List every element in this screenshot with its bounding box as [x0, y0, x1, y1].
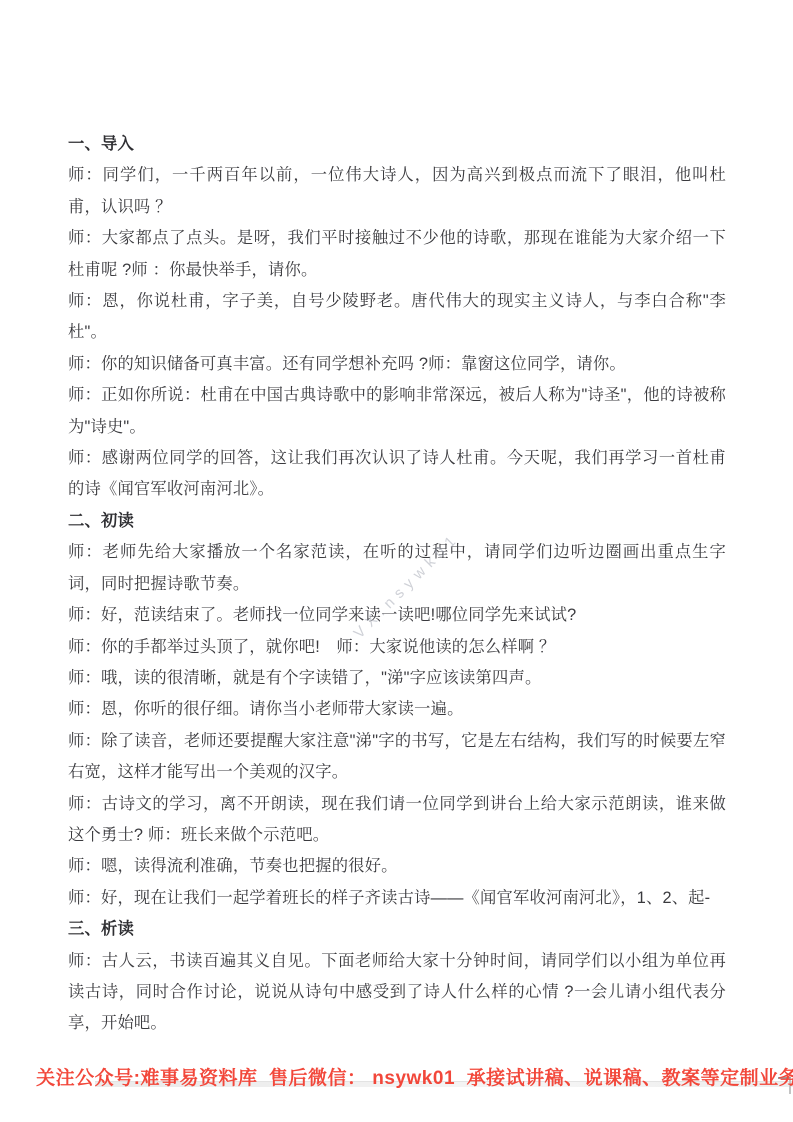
script-paragraph: 师：你的手都举过头顶了，就你吧! 师：大家说他读的怎么样啊 ？ — [68, 632, 726, 663]
promo-footer: 关注公众号:难事易资料库 售后微信： nsywk01 承接试讲稿、说课稿、教案等… — [13, 1043, 793, 1115]
script-paragraph: 师：好，现在让我们一起学着班长的样子齐读古诗——《闻官军收河南河北》，1、2、起… — [68, 883, 726, 914]
script-paragraph: 师：正如你所说：杜甫在中国古典诗歌中的影响非常深远，被后人称为"诗圣"，他的诗被… — [68, 380, 726, 443]
section-heading: 二、初读 — [68, 506, 726, 537]
script-paragraph: 师：大家都点了点头。是呀，我们平时接触过不少他的诗歌，那现在谁能为大家介绍一下杜… — [68, 223, 726, 286]
script-paragraph: 师：除了读音，老师还要提醒大家注意"涕"字的书写，它是左右结构，我们写的时候要左… — [68, 726, 726, 789]
script-paragraph: 师：感谢两位同学的回答，这让我们再次认识了诗人杜甫。今天呢，我们再学习一首杜甫的… — [68, 443, 726, 506]
script-paragraph: 师：你的知识储备可真丰富。还有同学想补充吗 ?师：靠窗这位同学，请你。 — [68, 349, 726, 380]
script-paragraph: 师：哦，读的很清晰，就是有个字读错了，"涕"字应该读第四声。 — [68, 663, 726, 694]
script-paragraph: 师：恩，你听的很仔细。请你当小老师带大家读一遍。 — [68, 694, 726, 725]
document-page: 一、导入 师：同学们，一千两百年以前，一位伟大诗人，因为高兴到极点而流下了眼泪，… — [0, 0, 793, 1122]
script-paragraph: 师：古诗文的学习，离不开朗读，现在我们请一位同学到讲台上给大家示范朗读，谁来做这… — [68, 789, 726, 852]
script-paragraph: 师：古人云，书读百遍其义自见。下面老师给大家十分钟时间，请同学们以小组为单位再读… — [68, 946, 726, 1040]
section-heading: 一、导入 — [68, 129, 726, 160]
script-paragraph: 师：同学们，一千两百年以前，一位伟大诗人，因为高兴到极点而流下了眼泪，他叫杜甫，… — [68, 160, 726, 223]
script-paragraph: 师：恩，你说杜甫，字子美，自号少陵野老。唐代伟大的现实主义诗人，与李白合称"李杜… — [68, 286, 726, 349]
script-paragraph: 师：老师先给大家播放一个名家范读，在听的过程中，请同学们边听边圈画出重点生字词，… — [68, 537, 726, 600]
script-paragraph: 师：好，范读结束了。老师找一位同学来读一读吧!哪位同学先来试试? — [68, 600, 726, 631]
script-paragraph: 师：嗯，读得流利准确，节奏也把握的很好。 — [68, 851, 726, 882]
lesson-script-body: 一、导入 师：同学们，一千两百年以前，一位伟大诗人，因为高兴到极点而流下了眼泪，… — [68, 129, 726, 1040]
promo-footer-text: 关注公众号:难事易资料库 售后微信： nsywk01 承接试讲稿、说课稿、教案等… — [36, 1068, 793, 1089]
section-heading: 三、析读 — [68, 914, 726, 945]
